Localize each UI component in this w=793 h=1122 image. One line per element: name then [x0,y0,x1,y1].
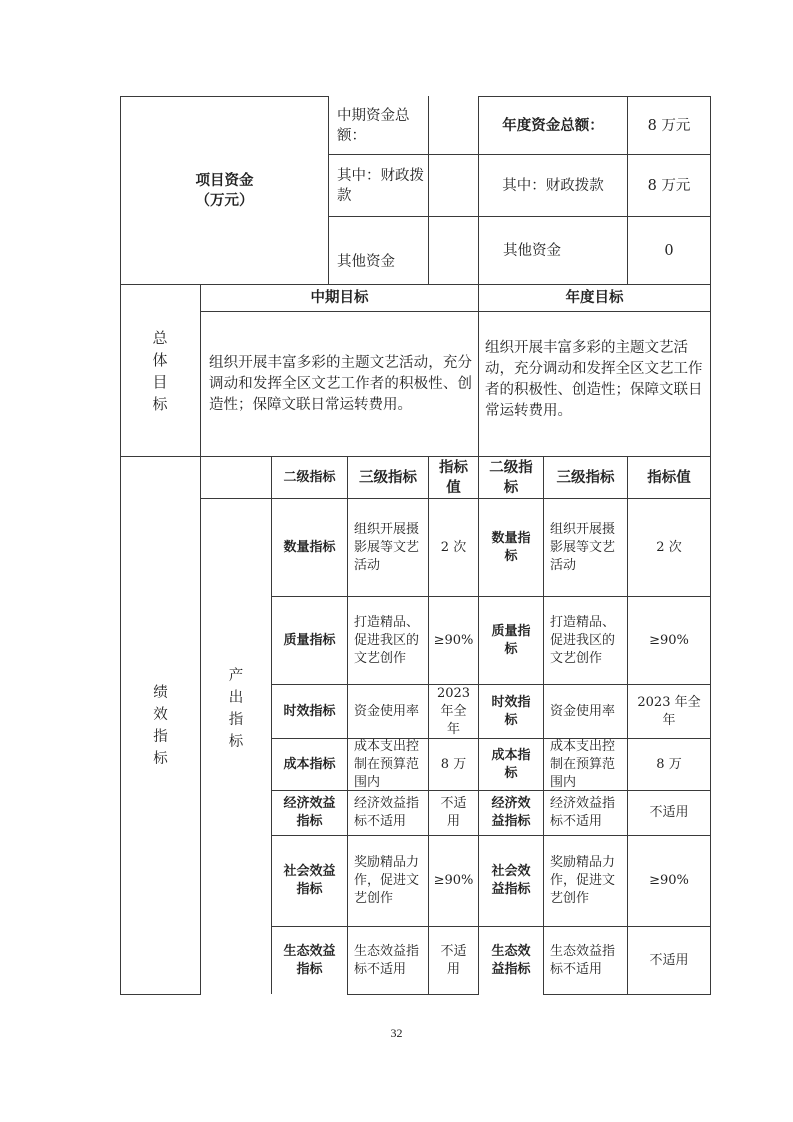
annual-total-value: 8 万元 [628,97,710,154]
annual-goal-header: 年度目标 [479,285,710,311]
annual-value-cell: 不适用 [628,791,710,835]
mid-total-value [429,97,478,154]
mid-value-cell: ≥90% [429,836,478,926]
mid-total-label: 中期资金总额： [329,97,428,154]
mid-level3-cell: 打造精品、促进我区的文艺创作 [348,597,428,684]
performance-label-text: 绩效指标 [153,682,169,770]
mid-goal-header: 中期目标 [201,285,478,311]
annual-value-cell: ≥90% [628,836,710,926]
annual-value-cell: 2023 年全年 [628,685,710,738]
annual-value-cell: ≥90% [628,597,710,684]
header-mid-value: 指标值 [429,457,478,498]
annual-other-value: 0 [628,217,710,284]
mid-level2-cell: 社会效益指标 [272,836,347,926]
mid-value-cell: ≥90% [429,597,478,684]
annual-level2-cell: 成本指标 [479,739,543,790]
annual-level3-cell: 成本支出控制在预算范围内 [544,739,627,790]
mid-level3-cell: 经济效益指标不适用 [348,791,428,835]
header-mid-level2: 二级指标 [272,457,347,498]
mid-level3-cell: 奖励精品力作，促进文艺创作 [348,836,428,926]
annual-level2-cell: 质量指标 [479,597,543,684]
mid-level2-cell: 成本指标 [272,739,347,790]
annual-fiscal-value: 8 万元 [628,155,710,216]
annual-value-cell: 2 次 [628,499,710,596]
annual-level2-cell: 时效指标 [479,685,543,738]
mid-level3-cell: 组织开展摄影展等文艺活动 [348,499,428,596]
mid-other-label: 其他资金 [329,217,428,284]
annual-level3-cell: 生态效益指标不适用 [544,927,627,994]
mid-level2-cell: 数量指标 [272,499,347,596]
annual-level3-cell: 资金使用率 [544,685,627,738]
annual-level2-cell: 社会效益指标 [479,836,543,926]
annual-value-cell: 8 万 [628,739,710,790]
mid-goal-text: 组织开展丰富多彩的主题文艺活动，充分调动和发挥全区文艺工作者的积极性、创造性；保… [201,312,478,456]
mid-value-cell: 2023 年全年 [429,685,478,738]
mid-value-cell: 不适用 [429,791,478,835]
mid-fiscal-value [429,155,478,216]
annual-level3-cell: 打造精品、促进我区的文艺创作 [544,597,627,684]
page-number: 32 [0,1026,793,1041]
annual-level2-cell: 生态效益指标 [479,927,543,994]
header-mid-level3: 三级指标 [348,457,428,498]
funding-label: 项目资金 （万元） [121,97,328,284]
mid-level2-cell: 时效指标 [272,685,347,738]
mid-level2-cell: 生态效益指标 [272,927,347,994]
mid-level2-cell: 质量指标 [272,597,347,684]
annual-level2-cell: 经济效益指标 [479,791,543,835]
annual-other-label: 其他资金 [479,217,627,284]
mid-level2-cell: 经济效益指标 [272,791,347,835]
annual-goal-text: 组织开展丰富多彩的主题文艺活动，充分调动和发挥全区文艺工作者的积极性、创造性；保… [479,312,710,456]
output-indicator-label: 产出指标 [201,499,271,799]
annual-level3-cell: 组织开展摄影展等文艺活动 [544,499,627,596]
annual-level3-cell: 奖励精品力作，促进文艺创作 [544,836,627,926]
annual-value-cell: 不适用 [628,927,710,994]
header-annual-value: 指标值 [628,457,710,498]
overall-goal-label: 总体目标 [121,285,200,456]
annual-level2-cell: 数量指标 [479,499,543,596]
mid-level3-cell: 生态效益指标不适用 [348,927,428,994]
annual-level3-cell: 经济效益指标不适用 [544,791,627,835]
mid-other-value [429,217,478,284]
overall-goal-label-text: 总体目标 [153,327,169,415]
performance-label: 绩效指标 [121,457,200,995]
mid-value-cell: 8 万 [429,739,478,790]
header-annual-level3: 三级指标 [544,457,627,498]
mid-level3-cell: 资金使用率 [348,685,428,738]
header-annual-level2: 二级指标 [479,457,543,498]
mid-level3-cell: 成本支出控制在预算范围内 [348,739,428,790]
mid-fiscal-label: 其中：财政拨款 [329,155,428,216]
annual-total-label: 年度资金总额： [479,97,627,154]
mid-value-cell: 2 次 [429,499,478,596]
annual-fiscal-label: 其中：财政拨款 [479,155,627,216]
output-indicator-label-text: 产出指标 [228,665,244,753]
mid-value-cell: 不适用 [429,927,478,994]
